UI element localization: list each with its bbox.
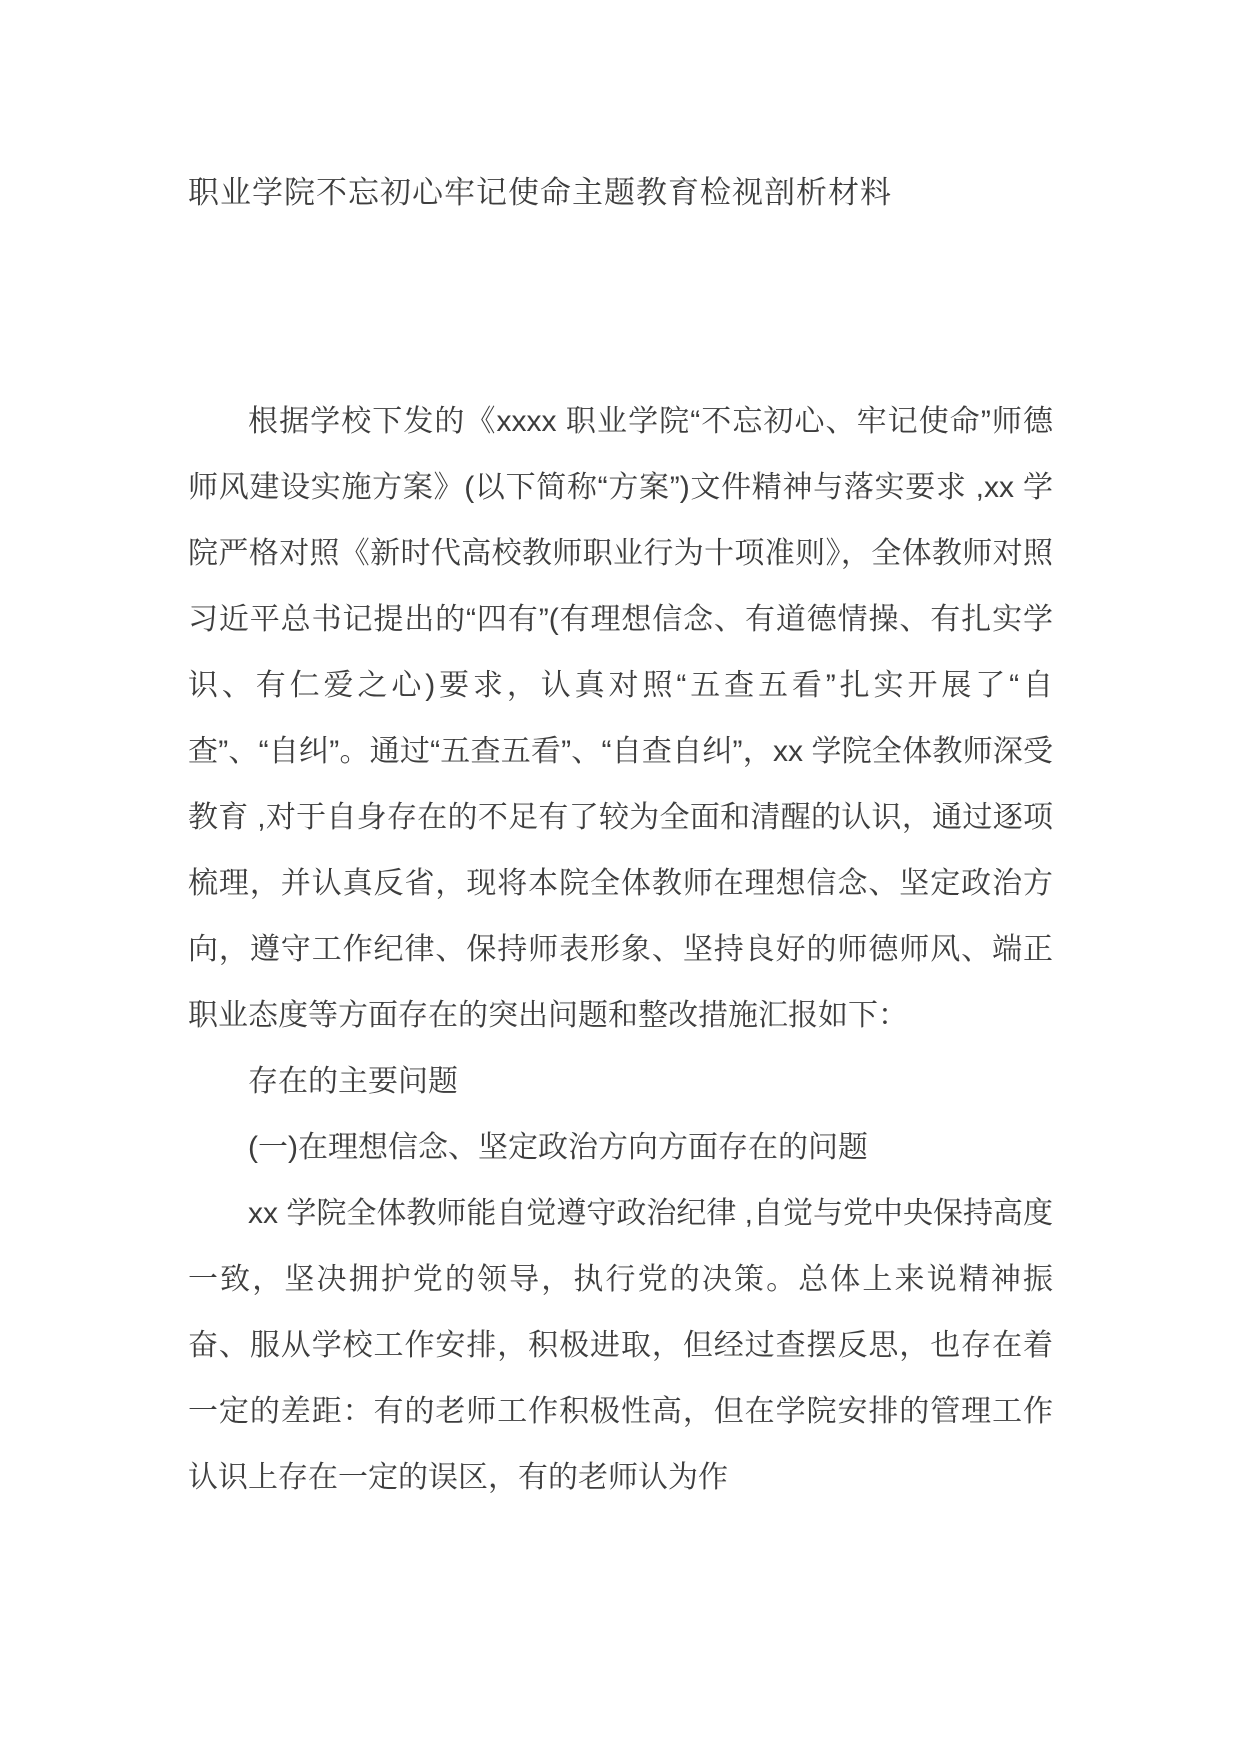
paragraph-subsection-heading: (一)在理想信念、坚定政治方向方面存在的问题 — [188, 1115, 1053, 1181]
paragraph-section-heading: 存在的主要问题 — [188, 1049, 1053, 1115]
paragraph-intro: 根据学校下发的《xxxx 职业学院“不忘初心、牢记使命”师德师风建设实施方案》(… — [188, 389, 1053, 1049]
document-page: 职业学院不忘初心牢记使命主题教育检视剖析材料 根据学校下发的《xxxx 职业学院… — [0, 0, 1241, 1755]
paragraph-body: xx 学院全体教师能自觉遵守政治纪律 ,自觉与党中央保持高度一致，坚决拥护党的领… — [188, 1181, 1053, 1511]
document-title: 职业学院不忘初心牢记使命主题教育检视剖析材料 — [188, 160, 1053, 226]
